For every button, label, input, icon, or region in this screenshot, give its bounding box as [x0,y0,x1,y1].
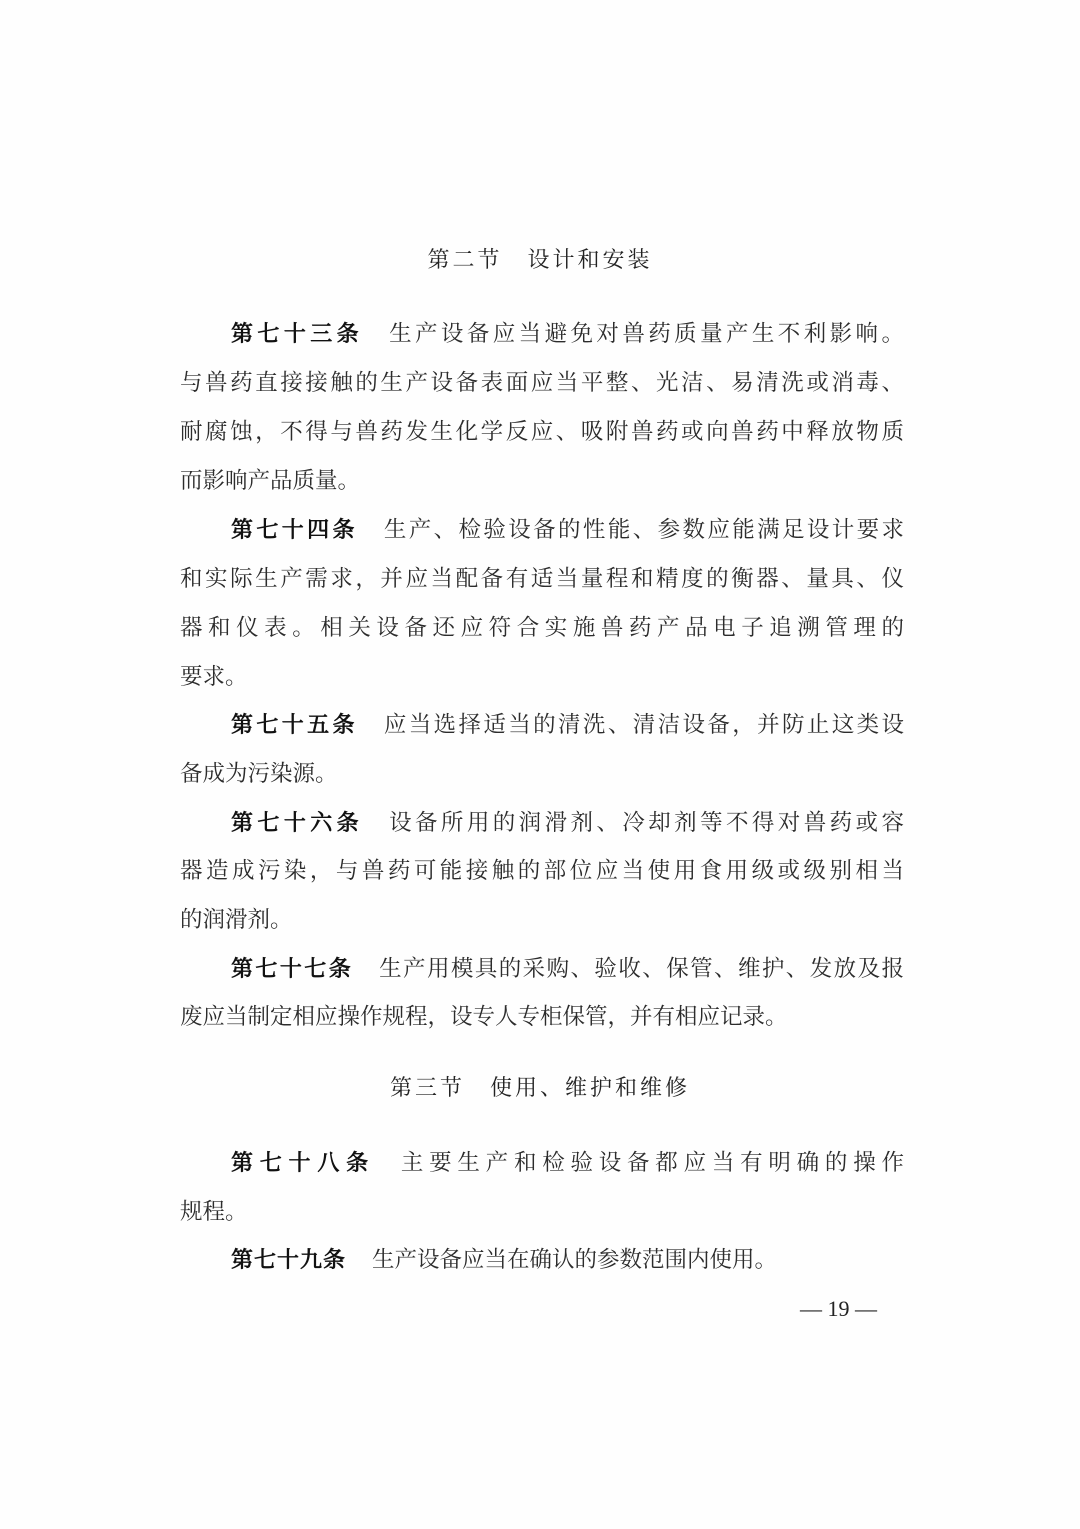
article-text-line: 规程。 [180,1194,904,1226]
article-text-line: 的润滑剂。 [180,902,904,934]
article-label: 第七十五条 [231,713,358,738]
section-heading: 第三节 使用、维护和维修 [0,1071,1080,1102]
article-text-line: 生产设备应当避免对兽药质量产生不利影响。 [389,321,904,347]
article-76: 第七十六条设备所用的润滑剂、冷却剂等不得对兽药或容 [231,805,904,837]
article-label: 第七十八条 [231,1151,375,1176]
article-text-line: 耐腐蚀，不得与兽药发生化学反应、吸附兽药或向兽药中释放物质 [180,414,904,446]
article-text-line: 生产、检验设备的性能、参数应能满足设计要求 [384,517,904,543]
article-text-line: 与兽药直接接触的生产设备表面应当平整、光洁、易清洗或消毒、 [180,365,904,397]
article-text-line: 应当选择适当的清洗、清洁设备，并防止这类设 [384,712,904,738]
article-label: 第七十六条 [231,811,363,836]
article-text-line: 生产用模具的采购、验收、保管、维护、发放及报 [379,956,904,982]
article-text-line: 废应当制定相应操作规程，设专人专柜保管，并有相应记录。 [180,999,904,1031]
article-label: 第七十四条 [231,518,358,543]
article-78: 第七十八条主要生产和检验设备都应当有明确的操作 [231,1145,904,1177]
article-text-line: 而影响产品质量。 [180,463,904,495]
article-text-line: 备成为污染源。 [180,756,904,788]
article-74: 第七十四条生产、检验设备的性能、参数应能满足设计要求 [231,512,904,544]
article-text-line: 设备所用的润滑剂、冷却剂等不得对兽药或容 [389,810,904,836]
article-79: 第七十九条生产设备应当在确认的参数范围内使用。 [231,1242,904,1274]
article-text-line: 器和仪表。相关设备还应符合实施兽药产品电子追溯管理的 [180,610,904,642]
article-77: 第七十七条生产用模具的采购、验收、保管、维护、发放及报 [231,951,904,983]
article-text-line: 和实际生产需求，并应当配备有适当量程和精度的衡器、量具、仪 [180,561,904,593]
article-text-line: 要求。 [180,659,904,691]
article-73: 第七十三条生产设备应当避免对兽药质量产生不利影响。 [231,316,904,348]
article-text-line: 器造成污染，与兽药可能接触的部位应当使用食用级或级别相当 [180,853,904,885]
article-label: 第七十九条 [231,1248,346,1273]
page-number: — 19 — [800,1296,877,1322]
section-heading: 第二节 设计和安装 [0,243,1080,274]
document-page: 第二节 设计和安装 第七十三条生产设备应当避免对兽药质量产生不利影响。 与兽药直… [0,0,1080,1529]
article-label: 第七十三条 [231,322,363,347]
article-text-line: 主要生产和检验设备都应当有明确的操作 [401,1150,904,1176]
article-text-line: 生产设备应当在确认的参数范围内使用。 [372,1247,777,1273]
article-label: 第七十七条 [231,957,353,982]
article-75: 第七十五条应当选择适当的清洗、清洁设备，并防止这类设 [231,707,904,739]
